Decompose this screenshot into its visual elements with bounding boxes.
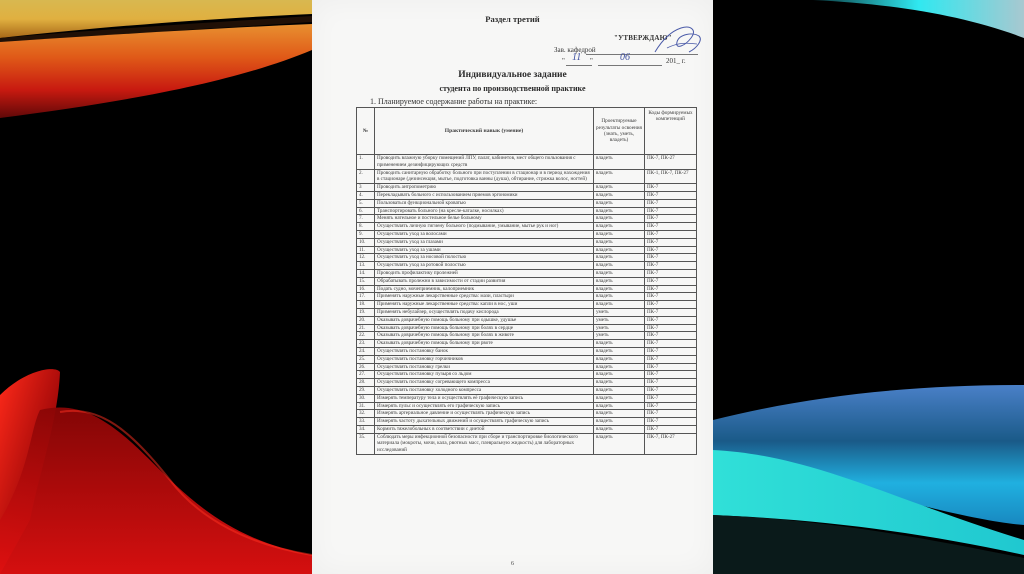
table-row: 10.Осуществлять уход за глазамивладетьПК… <box>357 238 697 246</box>
table-row: 27.Осуществлять постановку пузыря со льд… <box>357 371 697 379</box>
cell-num: 25. <box>357 355 375 363</box>
table-row: 22.Оказывать доврачебную помощь больному… <box>357 332 697 340</box>
cell-result: владеть <box>594 433 645 454</box>
table-row: 34.Кормить тяжелобольных в соответствии … <box>357 425 697 433</box>
cell-num: 18. <box>357 301 375 309</box>
cell-skill: Измерять частоту дыхательных движений и … <box>375 418 594 426</box>
practice-tasks-table: № Практический навык (умение) Проектируе… <box>356 107 697 455</box>
cell-result: владеть <box>594 363 645 371</box>
cell-result: владеть <box>594 254 645 262</box>
cell-num: 27. <box>357 371 375 379</box>
cell-skill: Проводить санитарную обработку больного … <box>375 169 594 184</box>
cell-result: уметь <box>594 316 645 324</box>
cell-codes: ПК-7 <box>645 379 697 387</box>
cell-result: владеть <box>594 238 645 246</box>
cell-num: 12. <box>357 254 375 262</box>
cell-codes: ПК-7 <box>645 246 697 254</box>
cell-skill: Проводить антропометрию <box>375 184 594 192</box>
cell-result: владеть <box>594 425 645 433</box>
cell-skill: Подать судно, мочеприемник, калоприемник <box>375 285 594 293</box>
cell-num: 32. <box>357 410 375 418</box>
cell-num: 31. <box>357 402 375 410</box>
table-row: 2.Проводить санитарную обработку больног… <box>357 169 697 184</box>
approval-month: 06 <box>620 52 630 63</box>
cell-num: 14. <box>357 269 375 277</box>
cell-codes: ПК-1, ПК-7, ПК-27 <box>645 169 697 184</box>
table-row: 29.Осуществлять постановку холодного ком… <box>357 386 697 394</box>
cell-result: владеть <box>594 418 645 426</box>
cell-num: 1. <box>357 155 375 170</box>
cell-codes: ПК-7 <box>645 301 697 309</box>
cell-result: владеть <box>594 262 645 270</box>
cell-skill: Кормить тяжелобольных в соответствии с д… <box>375 425 594 433</box>
cell-skill: Осуществлять личную гигиену больного (по… <box>375 223 594 231</box>
cell-codes: ПК-7 <box>645 223 697 231</box>
cell-skill: Применять небулайзер, осуществлять подач… <box>375 308 594 316</box>
table-row: 26.Осуществлять постановку грелкивладеть… <box>357 363 697 371</box>
cell-num: 23. <box>357 340 375 348</box>
cell-codes: ПК-7 <box>645 207 697 215</box>
cell-skill: Осуществлять уход за волосами <box>375 230 594 238</box>
table-row: 20.Оказывать доврачебную помощь больному… <box>357 316 697 324</box>
cell-num: 13. <box>357 262 375 270</box>
cell-skill: Пользоваться функциональной кроватью <box>375 199 594 207</box>
table-row: 32.Измерять артериальное давление и осущ… <box>357 410 697 418</box>
cell-num: 19. <box>357 308 375 316</box>
cell-result: владеть <box>594 293 645 301</box>
cell-num: 16. <box>357 285 375 293</box>
cell-codes: ПК-7 <box>645 269 697 277</box>
cell-codes: ПК-7 <box>645 238 697 246</box>
cell-codes: ПК-7 <box>645 425 697 433</box>
cell-num: 7. <box>357 215 375 223</box>
cell-result: владеть <box>594 340 645 348</box>
table-row: 24.Осуществлять постановку баноквладетьП… <box>357 347 697 355</box>
cell-skill: Оказывать доврачебную помощь больному пр… <box>375 316 594 324</box>
cell-codes: ПК-7 <box>645 191 697 199</box>
document-title: Индивидуальное задание <box>312 70 713 80</box>
cell-skill: Измерять артериальное давление и осущест… <box>375 410 594 418</box>
table-row: 18.Применять наружные лекарственные сред… <box>357 301 697 309</box>
cell-skill: Осуществлять уход за ротовой полостью <box>375 262 594 270</box>
cell-skill: Транспортировать больного (на кресле-кат… <box>375 207 594 215</box>
cell-codes: ПК-7 <box>645 355 697 363</box>
cell-num: 29. <box>357 386 375 394</box>
cell-codes: ПК-7 <box>645 418 697 426</box>
cell-num: 17. <box>357 293 375 301</box>
table-row: 17.Применять наружные лекарственные сред… <box>357 293 697 301</box>
cell-result: владеть <box>594 277 645 285</box>
cell-skill: Проводить влажную уборку помещений ЛПУ, … <box>375 155 594 170</box>
cell-result: владеть <box>594 269 645 277</box>
table-row: 8.Осуществлять личную гигиену больного (… <box>357 223 697 231</box>
cell-result: владеть <box>594 402 645 410</box>
cell-num: 24. <box>357 347 375 355</box>
cell-result: владеть <box>594 155 645 170</box>
cell-num: 6. <box>357 207 375 215</box>
table-row: 11.Осуществлять уход за ушамивладетьПК-7 <box>357 246 697 254</box>
cell-codes: ПК-7 <box>645 394 697 402</box>
cell-result: владеть <box>594 191 645 199</box>
table-row: 15.Обрабатывать пролежни в зависимости о… <box>357 277 697 285</box>
cell-result: владеть <box>594 285 645 293</box>
cell-result: владеть <box>594 355 645 363</box>
cell-result: владеть <box>594 379 645 387</box>
cell-num: 10. <box>357 238 375 246</box>
table-row: 14.Проводить профилактику пролежнейвладе… <box>357 269 697 277</box>
table-row: 30.Измерять температуру тела и осуществл… <box>357 394 697 402</box>
day-line <box>566 65 592 66</box>
cell-codes: ПК-7 <box>645 347 697 355</box>
cell-codes: ПК-7, ПК-27 <box>645 155 697 170</box>
document-page: Раздел третий "УТВЕРЖДАЮ" Зав. кафедрой … <box>312 0 713 574</box>
cell-codes: ПК-7 <box>645 340 697 348</box>
table-row: 3Проводить антропометриювладетьПК-7 <box>357 184 697 192</box>
date-quote-open: " <box>562 57 565 65</box>
cell-skill: Оказывать доврачебную помощь больному пр… <box>375 324 594 332</box>
table-row: 21.Оказывать доврачебную помощь больному… <box>357 324 697 332</box>
cell-codes: ПК-7 <box>645 316 697 324</box>
cell-result: владеть <box>594 386 645 394</box>
cell-codes: ПК-7 <box>645 215 697 223</box>
table-row: 16.Подать судно, мочеприемник, калоприем… <box>357 285 697 293</box>
cell-num: 35. <box>357 433 375 454</box>
cell-codes: ПК-7 <box>645 230 697 238</box>
cell-codes: ПК-7 <box>645 371 697 379</box>
approval-day: 11 <box>572 52 581 63</box>
cell-num: 11. <box>357 246 375 254</box>
cell-codes: ПК-7 <box>645 332 697 340</box>
cell-skill: Перекладывать больного с использованием … <box>375 191 594 199</box>
table-row: 5.Пользоваться функциональной кроватьювл… <box>357 199 697 207</box>
cell-codes: ПК-7 <box>645 262 697 270</box>
table-row: 25.Осуществлять постановку горчичниковвл… <box>357 355 697 363</box>
table-row: 9.Осуществлять уход за волосамивладетьПК… <box>357 230 697 238</box>
cell-num: 8. <box>357 223 375 231</box>
cell-num: 3 <box>357 184 375 192</box>
cell-num: 5. <box>357 199 375 207</box>
cell-result: владеть <box>594 394 645 402</box>
cell-num: 26. <box>357 363 375 371</box>
header-num: № <box>357 108 375 155</box>
cell-skill: Оказывать доврачебную помощь больному пр… <box>375 340 594 348</box>
cell-num: 9. <box>357 230 375 238</box>
cell-codes: ПК-7 <box>645 277 697 285</box>
table-row: 23.Оказывать доврачебную помощь больному… <box>357 340 697 348</box>
cell-codes: ПК-7 <box>645 386 697 394</box>
cell-codes: ПК-7 <box>645 308 697 316</box>
cell-result: владеть <box>594 410 645 418</box>
cell-skill: Обрабатывать пролежни в зависимости от с… <box>375 277 594 285</box>
cell-skill: Применять наружные лекарственные средств… <box>375 301 594 309</box>
cell-skill: Осуществлять уход за ушами <box>375 246 594 254</box>
cell-skill: Проводить профилактику пролежней <box>375 269 594 277</box>
cell-result: владеть <box>594 230 645 238</box>
cell-skill: Осуществлять постановку грелки <box>375 363 594 371</box>
table-row: 7.Менять нательное и постельное белье бо… <box>357 215 697 223</box>
plan-heading: 1. Планируемое содержание работы на прак… <box>370 97 537 106</box>
cell-num: 22. <box>357 332 375 340</box>
table-row: 31.Измерять пульс и осуществлять его гра… <box>357 402 697 410</box>
cell-skill: Осуществлять постановку банок <box>375 347 594 355</box>
cell-skill: Измерять пульс и осуществлять его графич… <box>375 402 594 410</box>
cell-codes: ПК-7 <box>645 293 697 301</box>
cell-skill: Осуществлять постановку холодного компре… <box>375 386 594 394</box>
cell-codes: ПК-7, ПК-27 <box>645 433 697 454</box>
document-subtitle: студента по производственной практике <box>312 84 713 93</box>
table-row: 12.Осуществлять уход за носовой полостью… <box>357 254 697 262</box>
cell-result: владеть <box>594 246 645 254</box>
table-row: 35.Соблюдать меры инфекционной безопасно… <box>357 433 697 454</box>
table-row: 1.Проводить влажную уборку помещений ЛПУ… <box>357 155 697 170</box>
cell-codes: ПК-7 <box>645 363 697 371</box>
table-row: 19.Применять небулайзер, осуществлять по… <box>357 308 697 316</box>
cell-result: владеть <box>594 184 645 192</box>
cell-codes: ПК-7 <box>645 199 697 207</box>
cell-skill: Осуществлять постановку пузыря со льдом <box>375 371 594 379</box>
left-decoration <box>0 0 312 574</box>
cell-result: владеть <box>594 199 645 207</box>
cell-skill: Применять наружные лекарственные средств… <box>375 293 594 301</box>
header-result: Проектируемые результаты освоения (знать… <box>594 108 645 155</box>
cell-codes: ПК-7 <box>645 402 697 410</box>
cell-result: владеть <box>594 215 645 223</box>
cell-result: владеть <box>594 371 645 379</box>
signature-icon <box>647 22 707 62</box>
date-quote-close: " <box>590 57 593 65</box>
cell-num: 28. <box>357 379 375 387</box>
cell-skill: Оказывать доврачебную помощь больному пр… <box>375 332 594 340</box>
cell-result: владеть <box>594 223 645 231</box>
cell-num: 2. <box>357 169 375 184</box>
cell-skill: Осуществлять уход за носовой полостью <box>375 254 594 262</box>
table-row: 33.Измерять частоту дыхательных движений… <box>357 418 697 426</box>
table-body: 1.Проводить влажную уборку помещений ЛПУ… <box>357 155 697 455</box>
table-row: 28.Осуществлять постановку согревающего … <box>357 379 697 387</box>
month-line <box>598 65 662 66</box>
cell-codes: ПК-7 <box>645 324 697 332</box>
cell-num: 34. <box>357 425 375 433</box>
cell-codes: ПК-7 <box>645 285 697 293</box>
cell-skill: Соблюдать меры инфекционной безопасности… <box>375 433 594 454</box>
cell-num: 20. <box>357 316 375 324</box>
right-decoration <box>713 0 1024 574</box>
cell-skill: Осуществлять постановку горчичников <box>375 355 594 363</box>
cell-skill: Осуществлять постановку согревающего ком… <box>375 379 594 387</box>
table-header-row: № Практический навык (умение) Проектируе… <box>357 108 697 155</box>
cell-skill: Менять нательное и постельное белье боль… <box>375 215 594 223</box>
cell-codes: ПК-7 <box>645 254 697 262</box>
cell-result: уметь <box>594 324 645 332</box>
cell-codes: ПК-7 <box>645 184 697 192</box>
cell-codes: ПК-7 <box>645 410 697 418</box>
cell-result: владеть <box>594 207 645 215</box>
cell-num: 21. <box>357 324 375 332</box>
cell-result: владеть <box>594 301 645 309</box>
header-skill: Практический навык (умение) <box>375 108 594 155</box>
cell-result: владеть <box>594 347 645 355</box>
cell-result: уметь <box>594 332 645 340</box>
table-row: 4.Перекладывать больного с использование… <box>357 191 697 199</box>
cell-num: 33. <box>357 418 375 426</box>
cell-result: уметь <box>594 308 645 316</box>
page-number: 6 <box>312 561 713 567</box>
header-codes: Коды формируемых компетенций <box>645 108 697 155</box>
table-row: 6.Транспортировать больного (на кресле-к… <box>357 207 697 215</box>
cell-skill: Измерять температуру тела и осуществлять… <box>375 394 594 402</box>
cell-num: 30. <box>357 394 375 402</box>
cell-result: владеть <box>594 169 645 184</box>
cell-skill: Осуществлять уход за глазами <box>375 238 594 246</box>
cell-num: 4. <box>357 191 375 199</box>
table-row: 13.Осуществлять уход за ротовой полостью… <box>357 262 697 270</box>
cell-num: 15. <box>357 277 375 285</box>
